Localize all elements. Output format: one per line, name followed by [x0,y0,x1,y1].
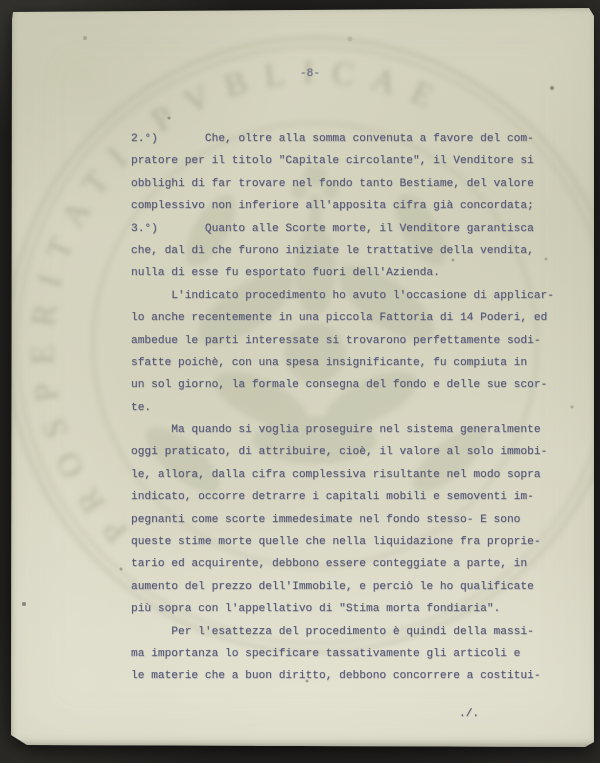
text-line: te. [131,397,561,419]
text-line: queste stime morte quelle che nella liqu… [131,531,561,553]
text-line: un sol giorno, la formale consegna del f… [131,374,561,396]
text-line: indicato, occorre detrarre i capitali mo… [131,486,561,508]
text-line: 2.°) Che, oltre alla somma convenuta a f… [131,128,561,150]
text-line: lo anche recentemente in una piccola Fat… [131,307,561,329]
text-line: pegnanti come scorte immedesimate nel fo… [131,509,561,531]
paper-wrapper: PROSPERITATI PVBLICAE [11,8,594,747]
page-end-mark: ./. [459,708,479,720]
text-line: sfatte poichè, con una spesa insignifica… [131,352,561,374]
text-line: nulla di esse fu esportato fuori dell'Az… [131,262,561,284]
text-line: più sopra con l'appellativo di "Stima mo… [131,598,561,620]
text-line: le materie che a buon diritto, debbono c… [131,665,561,687]
text-line: Ma quando si voglia proseguire nel siste… [131,419,561,441]
text-line: Per l'esattezza del procedimento è quind… [131,621,561,643]
text-line: oggi praticato, di attribuire, cioè, il … [131,441,561,463]
text-line: 3.°) Quanto alle Scorte morte, il Vendit… [131,218,561,240]
text-line: complessivo non inferiore all'apposita c… [131,195,561,217]
text-line: ambedue le parti interessate si trovaron… [131,330,561,352]
text-line: tario ed acquirente, debbono essere cont… [131,553,561,575]
paper-specks [11,8,13,10]
text-line: pratore per il titolo "Capitale circolan… [131,150,561,172]
document-page: PROSPERITATI PVBLICAE [11,8,594,747]
page-number: -8- [288,68,332,80]
text-line: che, dal dì che furono iniziate le tratt… [131,240,561,262]
text-line: aumento del prezzo dell'Immobile, e perc… [131,576,561,598]
document-text: 2.°) Che, oltre alla somma convenuta a f… [131,128,561,688]
text-line: le, allora, dalla cifra complessiva risu… [131,464,561,486]
text-line: L'indicato procedimento ho avuto l'occas… [131,285,561,307]
text-line: obblighi di far trovare nel fondo tanto … [131,173,561,195]
text-line: ma importanza lo specificare tassativame… [131,643,561,665]
